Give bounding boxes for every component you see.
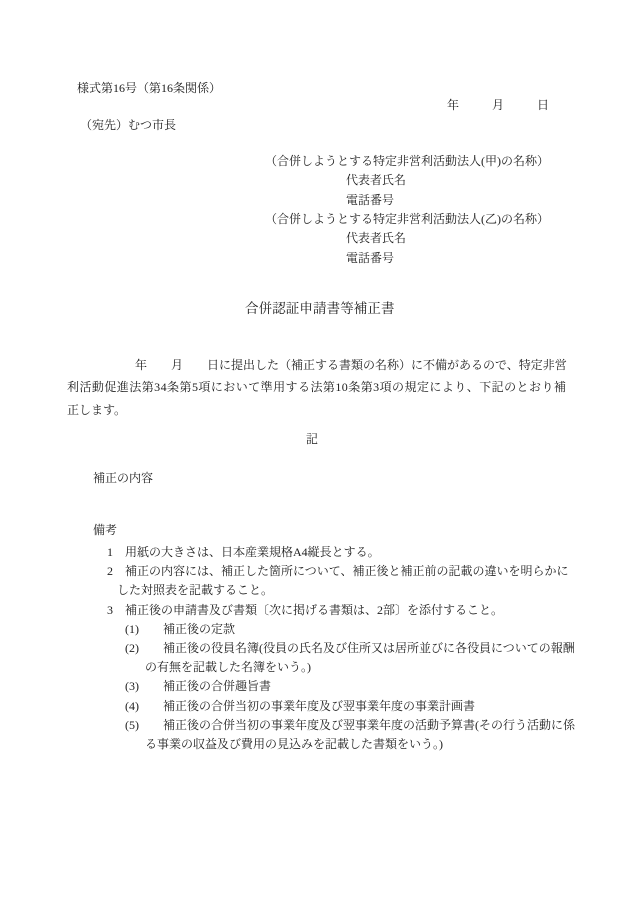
note-3: 3 補正後の申請書及び書類〔次に掲げる書類は、2部〕を添付すること。 xyxy=(0,601,630,620)
date-year-label: 年 xyxy=(447,97,459,114)
party-b-phone-label: 電話番号 xyxy=(265,249,549,268)
document-title: 合併認証申請書等補正書 xyxy=(245,300,395,319)
note-2: 2 補正の内容には、補正した箇所について、補正後と補正前の記載の違いを明らかに xyxy=(0,562,630,581)
date-day-label: 日 xyxy=(537,97,549,114)
body-line: 正します。 xyxy=(67,399,569,421)
note-1: 1 用紙の大きさは、日本産業規格A4縦長とする。 xyxy=(0,543,630,562)
party-a-phone-label: 電話番号 xyxy=(265,191,549,210)
note-3-subitem-5: (5) 補正後の合併当初の事業年度及び翌事業年度の活動予算書(その行う活動に係 xyxy=(0,716,630,735)
note-3-subitem-5-continuation: る事業の収益及び費用の見込みを記載した書類をいう。) xyxy=(0,735,630,754)
party-b-name-label: （合併しようとする特定非営利活動法人(乙)の名称） xyxy=(265,210,549,229)
note-3-subitem-2: (2) 補正後の役員名簿(役員の氏名及び住所又は居所並びに各役員についての報酬 xyxy=(0,639,630,658)
party-b-representative-label: 代表者氏名 xyxy=(265,229,549,248)
notes-heading: 備考 xyxy=(93,522,117,539)
record-marker: 記 xyxy=(306,431,318,448)
party-a-name-label: （合併しようとする特定非営利活動法人(甲)の名称） xyxy=(265,152,549,171)
merger-correction-form-page: 様式第16号（第16条関係） 年 月 日 （宛先）むつ市長 （合併しようとする特… xyxy=(0,0,630,903)
date-month-label: 月 xyxy=(492,97,504,114)
body-line: 利活動促進法第34条第5項において準用する法第10条第3項の規定により、下記のと… xyxy=(67,376,569,398)
note-2-continuation: した対照表を記載すること。 xyxy=(0,581,630,600)
party-a-representative-label: 代表者氏名 xyxy=(265,171,549,190)
party-b-block: （合併しようとする特定非営利活動法人(乙)の名称） 代表者氏名 電話番号 xyxy=(265,210,549,268)
note-3-subitem-2-continuation: の有無を記載した名簿をいう。) xyxy=(0,658,630,677)
note-3-subitem-1: (1) 補正後の定款 xyxy=(0,620,630,639)
form-number: 様式第16号（第16条関係） xyxy=(77,80,221,97)
date-line: 年 月 日 xyxy=(0,97,630,114)
note-3-subitem-3: (3) 補正後の合併趣旨書 xyxy=(0,677,630,696)
body-paragraph: 年 月 日に提出した（補正する書類の名称）に不備があるので、特定非営 利活動促進… xyxy=(67,354,569,421)
party-a-block: （合併しようとする特定非営利活動法人(甲)の名称） 代表者氏名 電話番号 xyxy=(265,152,549,210)
addressee: （宛先）むつ市長 xyxy=(80,117,176,134)
notes-list: 1 用紙の大きさは、日本産業規格A4縦長とする。 2 補正の内容には、補正した箇… xyxy=(0,543,630,754)
note-3-subitem-4: (4) 補正後の合併当初の事業年度及び翌事業年度の事業計画書 xyxy=(0,697,630,716)
body-line: 年 月 日に提出した（補正する書類の名称）に不備があるので、特定非営 xyxy=(67,354,569,376)
correction-section-heading: 補正の内容 xyxy=(93,470,153,487)
